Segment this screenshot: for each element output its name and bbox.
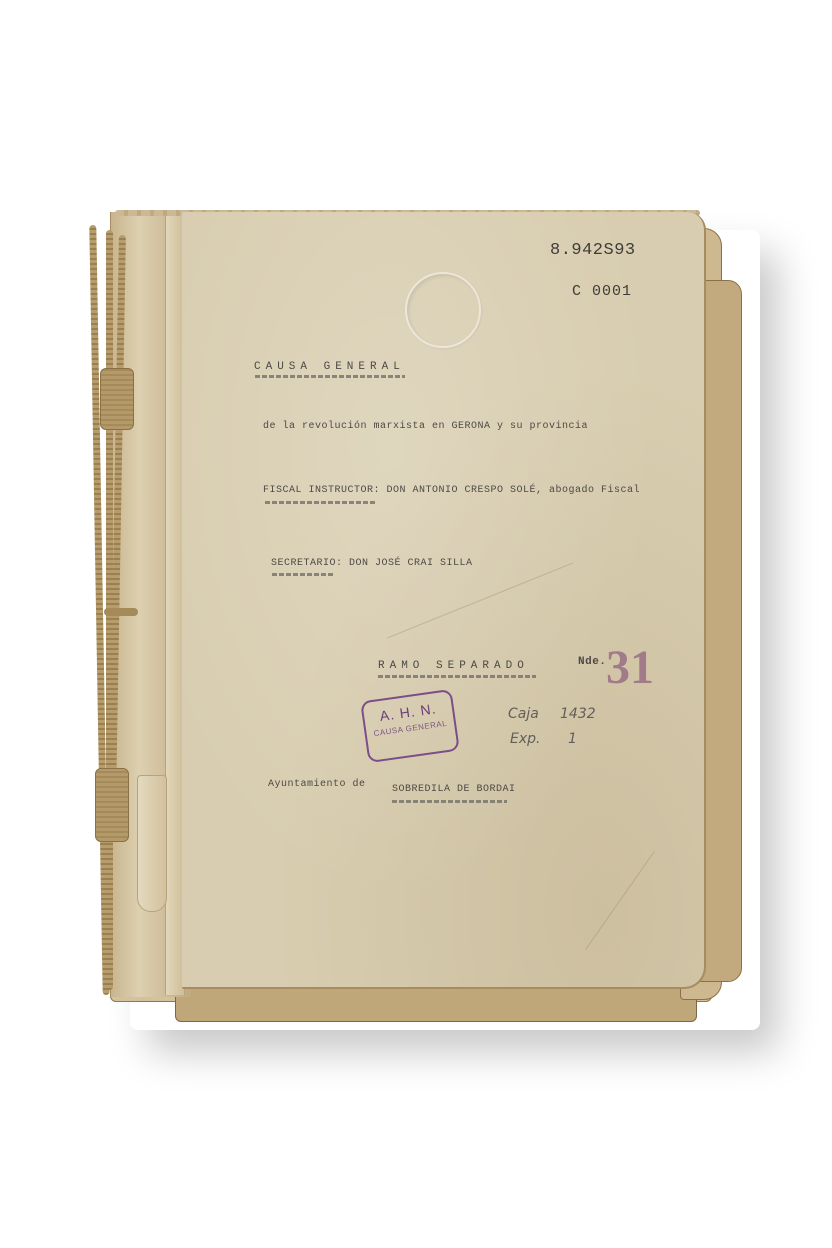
secretary-underline [272, 573, 334, 576]
line-fiscal: FISCAL INSTRUCTOR: DON ANTONIO CRESPO SO… [263, 485, 640, 496]
cord-wrap-bottom [95, 768, 129, 842]
handwritten-box-label: Caja [508, 706, 539, 722]
municipality-label: Ayuntamiento de [268, 779, 366, 790]
embossed-seal [405, 272, 481, 348]
piece-number: 31 [606, 640, 654, 695]
archive-stamp: A. H. N. CAUSA GENERAL [360, 689, 460, 763]
line-secretary: SECRETARIO: DON JOSÉ CRAI SILLA [271, 558, 473, 569]
heading-underline [255, 375, 405, 378]
cord-wrap-top [100, 368, 134, 430]
municipality-underline [392, 800, 507, 803]
heading: CAUSA GENERAL [254, 361, 405, 373]
handwritten-file-number: 1 [568, 731, 577, 747]
handwritten-file-label: Exp. [510, 731, 540, 747]
spine-tab [137, 775, 167, 912]
municipality-value: SOBREDILA DE BORDAI [392, 784, 516, 795]
section-underline [378, 675, 536, 678]
document-code: C 0001 [572, 283, 632, 300]
fiscal-underline [265, 501, 375, 504]
cord-tie [104, 608, 138, 616]
piece-label: Nde. [578, 656, 606, 668]
line-revolution: de la revolución marxista en GERONA y su… [263, 421, 588, 432]
section-label: RAMO SEPARADO [378, 660, 529, 672]
handwritten-box-number: 1432 [560, 706, 596, 722]
reference-number: 8.942S93 [550, 241, 636, 260]
